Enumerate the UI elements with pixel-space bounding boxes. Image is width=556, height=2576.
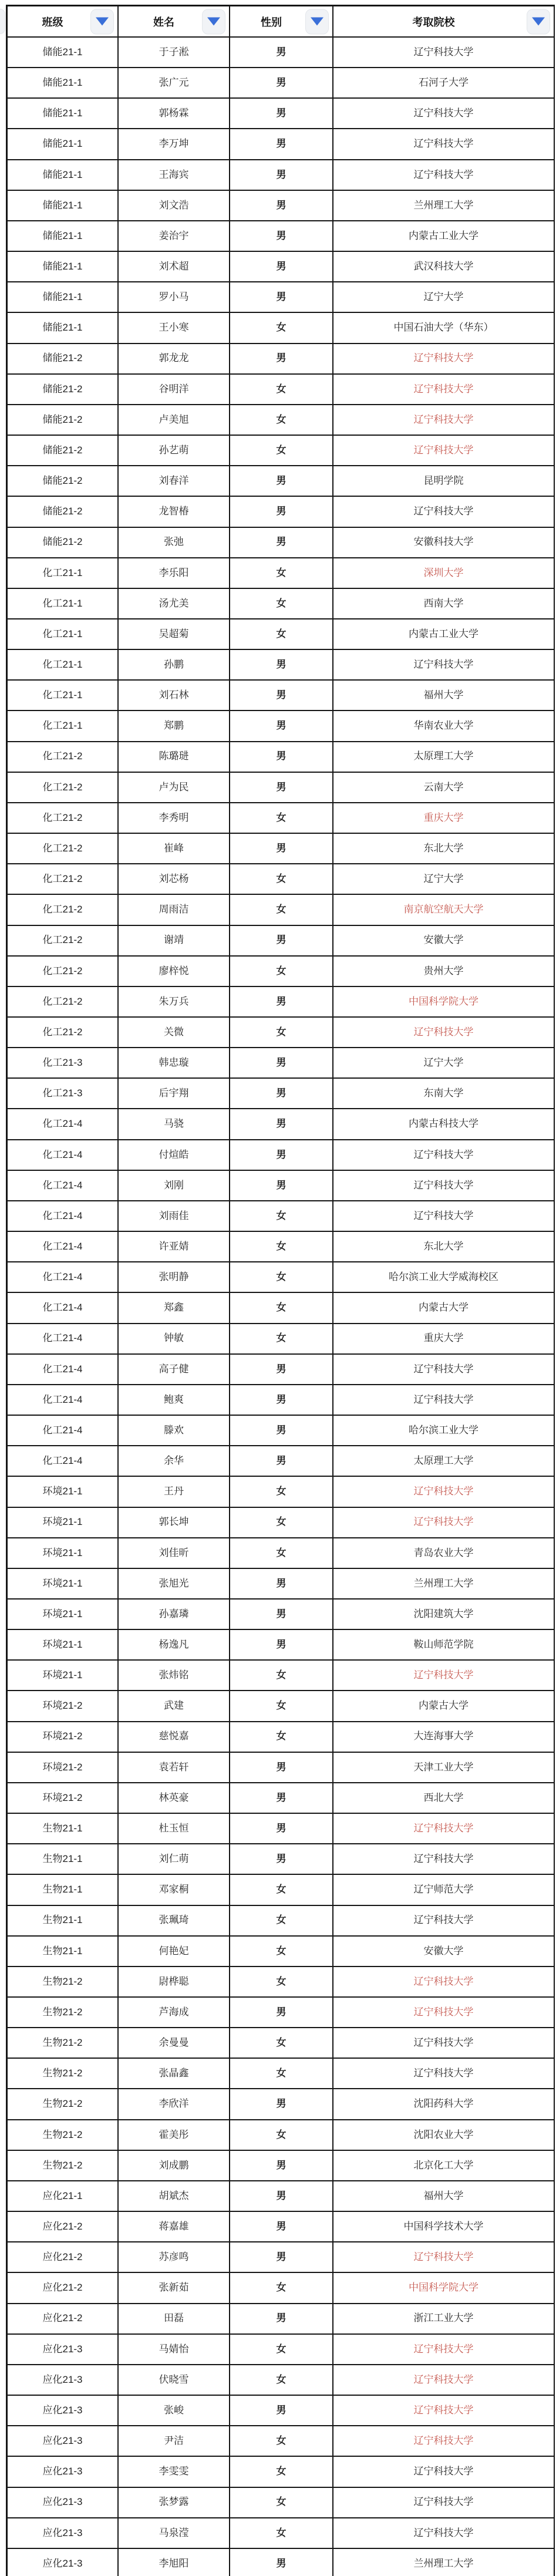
cell-class: 环境21-1 bbox=[8, 1600, 117, 1629]
cell-name: 李乐阳 bbox=[119, 558, 229, 588]
table-header: 班级 姓名 性别 考取院校 bbox=[8, 6, 554, 36]
cell-school: 中国科学技术大学 bbox=[333, 2212, 554, 2241]
cell-gender: 男 bbox=[230, 1569, 332, 1598]
cell-name: 汤尤美 bbox=[119, 589, 229, 618]
cell-name: 罗小马 bbox=[119, 282, 229, 312]
cell-gender: 男 bbox=[230, 1998, 332, 2027]
filter-button-school[interactable] bbox=[527, 9, 550, 34]
cell-gender: 男 bbox=[230, 221, 332, 251]
cell-school: 安徽大学 bbox=[333, 1937, 554, 1966]
cell-gender: 女 bbox=[230, 405, 332, 435]
cell-school: 西南大学 bbox=[333, 589, 554, 618]
table-row: 生物21-2 李欣洋 男 沈阳药科大学 bbox=[8, 2089, 554, 2119]
cell-class: 应化21-2 bbox=[8, 2242, 117, 2272]
cell-name: 李欣洋 bbox=[119, 2089, 229, 2119]
table-row: 应化21-3 伏晓雪 女 辽宁科技大学 bbox=[8, 2365, 554, 2395]
cell-gender: 女 bbox=[230, 895, 332, 924]
cell-school: 福州大学 bbox=[333, 681, 554, 710]
cell-school: 哈尔滨工业大学威海校区 bbox=[333, 1262, 554, 1292]
cell-gender: 男 bbox=[230, 834, 332, 863]
cell-school: 安徽科技大学 bbox=[333, 528, 554, 557]
cell-class: 应化21-2 bbox=[8, 2304, 117, 2333]
cell-name: 王海宾 bbox=[119, 160, 229, 190]
cell-school: 中国石油大学（华东） bbox=[333, 313, 554, 342]
table-row: 化工21-2 卢为民 男 云南大学 bbox=[8, 773, 554, 802]
cell-class: 生物21-2 bbox=[8, 2059, 117, 2088]
cell-name: 马泉滢 bbox=[119, 2518, 229, 2548]
table-row: 生物21-1 邓家桐 女 辽宁师范大学 bbox=[8, 1875, 554, 1904]
cell-name: 余华 bbox=[119, 1446, 229, 1476]
table-row: 化工21-4 张明静 女 哈尔滨工业大学威海校区 bbox=[8, 1262, 554, 1292]
cell-school: 辽宁科技大学 bbox=[333, 405, 554, 435]
table-row: 化工21-2 关微 女 辽宁科技大学 bbox=[8, 1018, 554, 1047]
cell-gender: 男 bbox=[230, 2181, 332, 2211]
table-row: 储能21-1 刘文浩 男 兰州理工大学 bbox=[8, 191, 554, 220]
cell-gender: 女 bbox=[230, 2518, 332, 2548]
filter-button-gender[interactable] bbox=[305, 9, 329, 34]
cell-name: 郑鑫 bbox=[119, 1293, 229, 1322]
table-row: 化工21-4 滕欢 男 哈尔滨工业大学 bbox=[8, 1416, 554, 1445]
cell-gender: 男 bbox=[230, 2212, 332, 2241]
cell-school: 辽宁科技大学 bbox=[333, 2335, 554, 2364]
cell-class: 储能21-2 bbox=[8, 436, 117, 465]
cell-class: 储能21-2 bbox=[8, 405, 117, 435]
cell-class: 环境21-1 bbox=[8, 1569, 117, 1598]
cell-school: 内蒙古工业大学 bbox=[333, 221, 554, 251]
cell-name: 卢美旭 bbox=[119, 405, 229, 435]
table-row: 化工21-4 钟敏 女 重庆大学 bbox=[8, 1324, 554, 1353]
table-row: 应化21-3 李旭阳 男 兰州理工大学 bbox=[8, 2549, 554, 2576]
table-row: 储能21-1 张广元 男 石河子大学 bbox=[8, 68, 554, 97]
cell-name: 张旭光 bbox=[119, 1569, 229, 1598]
cell-school: 辽宁科技大学 bbox=[333, 375, 554, 404]
cell-school: 辽宁科技大学 bbox=[333, 1171, 554, 1200]
table-row: 应化21-3 马泉滢 女 辽宁科技大学 bbox=[8, 2518, 554, 2548]
cell-name: 姜治宇 bbox=[119, 221, 229, 251]
cell-school: 辽宁科技大学 bbox=[333, 1477, 554, 1506]
cell-school: 哈尔滨工业大学 bbox=[333, 1416, 554, 1445]
cell-school: 兰州理工大学 bbox=[333, 191, 554, 220]
cell-school: 辽宁科技大学 bbox=[333, 1906, 554, 1935]
table-row: 化工21-2 陈璐琎 男 太原理工大学 bbox=[8, 742, 554, 772]
cell-name: 卢为民 bbox=[119, 773, 229, 802]
cell-class: 环境21-1 bbox=[8, 1477, 117, 1506]
table-row: 环境21-1 郭长坤 女 辽宁科技大学 bbox=[8, 1508, 554, 1537]
cell-class: 化工21-2 bbox=[8, 742, 117, 772]
table-row: 储能21-1 郭杨霖 男 辽宁科技大学 bbox=[8, 99, 554, 128]
table-row: 化工21-3 后宇翔 男 东南大学 bbox=[8, 1079, 554, 1108]
cell-gender: 女 bbox=[230, 1691, 332, 1720]
cell-name: 何艳妃 bbox=[119, 1937, 229, 1966]
cell-school: 辽宁科技大学 bbox=[333, 38, 554, 67]
table-row: 化工21-1 刘石林 男 福州大学 bbox=[8, 681, 554, 710]
cell-class: 应化21-2 bbox=[8, 2273, 117, 2302]
cell-gender: 男 bbox=[230, 711, 332, 740]
cell-gender: 男 bbox=[230, 1783, 332, 1813]
cell-gender: 女 bbox=[230, 803, 332, 833]
clipped-filter-button-fragment[interactable] bbox=[0, 9, 5, 34]
table-row: 化工21-1 吴超菊 女 内蒙古工业大学 bbox=[8, 619, 554, 649]
cell-gender: 男 bbox=[230, 1446, 332, 1476]
cell-gender: 女 bbox=[230, 589, 332, 618]
cell-school: 辽宁科技大学 bbox=[333, 1814, 554, 1843]
cell-name: 刘雨佳 bbox=[119, 1201, 229, 1231]
cell-name: 李旭阳 bbox=[119, 2549, 229, 2576]
cell-gender: 女 bbox=[230, 1937, 332, 1966]
table-row: 化工21-4 马骁 男 内蒙古科技大学 bbox=[8, 1109, 554, 1139]
cell-class: 生物21-2 bbox=[8, 2089, 117, 2119]
cell-gender: 男 bbox=[230, 2549, 332, 2576]
cell-school: 辽宁科技大学 bbox=[333, 344, 554, 373]
table-row: 化工21-4 郑鑫 女 内蒙古大学 bbox=[8, 1293, 554, 1322]
table-row: 生物21-2 芦海成 男 辽宁科技大学 bbox=[8, 1998, 554, 2027]
cell-name: 武建 bbox=[119, 1691, 229, 1720]
cell-school: 中国科学院大学 bbox=[333, 2273, 554, 2302]
cell-class: 应化21-2 bbox=[8, 2212, 117, 2241]
cell-class: 化工21-4 bbox=[8, 1201, 117, 1231]
cell-school: 辽宁科技大学 bbox=[333, 2488, 554, 2517]
cell-school: 石河子大学 bbox=[333, 68, 554, 97]
cell-class: 化工21-4 bbox=[8, 1232, 117, 1261]
cell-name: 张明静 bbox=[119, 1262, 229, 1292]
cell-school: 天津工业大学 bbox=[333, 1753, 554, 1782]
cell-gender: 女 bbox=[230, 2028, 332, 2058]
cell-class: 应化21-3 bbox=[8, 2365, 117, 2395]
cell-name: 钟敏 bbox=[119, 1324, 229, 1353]
cell-gender: 男 bbox=[230, 1171, 332, 1200]
table-row: 储能21-1 姜治宇 男 内蒙古工业大学 bbox=[8, 221, 554, 251]
cell-gender: 男 bbox=[230, 650, 332, 679]
table-row: 环境21-1 杨逸凡 男 鞍山师范学院 bbox=[8, 1630, 554, 1659]
cell-school: 辽宁科技大学 bbox=[333, 1661, 554, 1690]
cell-name: 马骁 bbox=[119, 1109, 229, 1139]
cell-gender: 女 bbox=[230, 2120, 332, 2150]
cell-name: 张峻 bbox=[119, 2396, 229, 2425]
cell-school: 辽宁科技大学 bbox=[333, 2457, 554, 2486]
cell-school: 昆明学院 bbox=[333, 466, 554, 496]
cell-name: 谷明洋 bbox=[119, 375, 229, 404]
cell-gender: 男 bbox=[230, 1109, 332, 1139]
cell-class: 生物21-2 bbox=[8, 2120, 117, 2150]
cell-school: 东北大学 bbox=[333, 1232, 554, 1261]
cell-school: 辽宁科技大学 bbox=[333, 2242, 554, 2272]
filter-dropdown-icon bbox=[532, 18, 545, 26]
table-body: 储能21-1 于子淞 男 辽宁科技大学 储能21-1 张广元 男 石河子大学 储… bbox=[8, 38, 554, 2576]
table-row: 生物21-2 霍美彤 女 沈阳农业大学 bbox=[8, 2120, 554, 2150]
cell-gender: 女 bbox=[230, 619, 332, 649]
cell-class: 化工21-2 bbox=[8, 957, 117, 986]
cell-class: 储能21-2 bbox=[8, 528, 117, 557]
table-row: 储能21-2 谷明洋 女 辽宁科技大学 bbox=[8, 375, 554, 404]
table-row: 化工21-4 鲍爽 男 辽宁科技大学 bbox=[8, 1385, 554, 1415]
cell-class: 化工21-4 bbox=[8, 1171, 117, 1200]
cell-class: 化工21-2 bbox=[8, 803, 117, 833]
cell-school: 辽宁大学 bbox=[333, 282, 554, 312]
table-row: 生物21-2 尉桦聪 女 辽宁科技大学 bbox=[8, 1967, 554, 1996]
table-row: 化工21-2 廖梓悦 女 贵州大学 bbox=[8, 957, 554, 986]
table-row: 化工21-2 崔峰 男 东北大学 bbox=[8, 834, 554, 863]
cell-school: 武汉科技大学 bbox=[333, 252, 554, 281]
cell-school: 辽宁科技大学 bbox=[333, 129, 554, 159]
cell-school: 辽宁科技大学 bbox=[333, 2059, 554, 2088]
cell-gender: 男 bbox=[230, 2151, 332, 2180]
cell-class: 化工21-4 bbox=[8, 1293, 117, 1322]
cell-gender: 女 bbox=[230, 1262, 332, 1292]
cell-gender: 女 bbox=[230, 1477, 332, 1506]
cell-name: 霍美彤 bbox=[119, 2120, 229, 2150]
cell-class: 化工21-4 bbox=[8, 1446, 117, 1476]
table-row: 化工21-2 谢靖 男 安徽大学 bbox=[8, 926, 554, 955]
cell-class: 生物21-2 bbox=[8, 1967, 117, 1996]
table-row: 环境21-1 张旭光 男 兰州理工大学 bbox=[8, 1569, 554, 1598]
cell-gender: 男 bbox=[230, 191, 332, 220]
cell-class: 生物21-1 bbox=[8, 1844, 117, 1874]
table-row: 应化21-3 张梦露 女 辽宁科技大学 bbox=[8, 2488, 554, 2517]
header-label-gender: 性别 bbox=[261, 14, 282, 29]
cell-gender: 女 bbox=[230, 313, 332, 342]
header-label-class: 班级 bbox=[42, 14, 63, 29]
filter-button-name[interactable] bbox=[202, 9, 225, 34]
cell-name: 周雨洁 bbox=[119, 895, 229, 924]
table-row: 应化21-3 李雯雯 女 辽宁科技大学 bbox=[8, 2457, 554, 2486]
cell-school: 安徽大学 bbox=[333, 926, 554, 955]
cell-school: 辽宁科技大学 bbox=[333, 650, 554, 679]
cell-class: 化工21-4 bbox=[8, 1109, 117, 1139]
cell-gender: 男 bbox=[230, 1355, 332, 1384]
cell-class: 化工21-3 bbox=[8, 1048, 117, 1077]
table-row: 化工21-2 刘芯杨 女 辽宁大学 bbox=[8, 864, 554, 894]
cell-gender: 男 bbox=[230, 2304, 332, 2333]
cell-class: 应化21-3 bbox=[8, 2518, 117, 2548]
cell-name: 朱万兵 bbox=[119, 987, 229, 1016]
table-row: 应化21-2 张新茹 女 中国科学院大学 bbox=[8, 2273, 554, 2302]
cell-name: 郭长坤 bbox=[119, 1508, 229, 1537]
cell-gender: 女 bbox=[230, 2059, 332, 2088]
cell-school: 辽宁科技大学 bbox=[333, 2426, 554, 2456]
cell-class: 生物21-1 bbox=[8, 1937, 117, 1966]
cell-name: 孙艺萌 bbox=[119, 436, 229, 465]
table-row: 化工21-4 余华 男 太原理工大学 bbox=[8, 1446, 554, 1476]
cell-name: 韩忠璇 bbox=[119, 1048, 229, 1077]
cell-name: 胡斌杰 bbox=[119, 2181, 229, 2211]
table-row: 化工21-3 韩忠璇 男 辽宁大学 bbox=[8, 1048, 554, 1077]
cell-class: 生物21-1 bbox=[8, 1875, 117, 1904]
cell-name: 许亚婧 bbox=[119, 1232, 229, 1261]
cell-gender: 男 bbox=[230, 2242, 332, 2272]
cell-school: 兰州理工大学 bbox=[333, 2549, 554, 2576]
cell-gender: 男 bbox=[230, 1048, 332, 1077]
cell-gender: 男 bbox=[230, 2089, 332, 2119]
cell-gender: 男 bbox=[230, 2396, 332, 2425]
cell-gender: 女 bbox=[230, 1875, 332, 1904]
table-row: 应化21-1 胡斌杰 男 福州大学 bbox=[8, 2181, 554, 2211]
cell-class: 化工21-2 bbox=[8, 834, 117, 863]
table-row: 储能21-2 龙智椿 男 辽宁科技大学 bbox=[8, 497, 554, 526]
cell-class: 化工21-1 bbox=[8, 681, 117, 710]
cell-class: 应化21-3 bbox=[8, 2426, 117, 2456]
cell-school: 深圳大学 bbox=[333, 558, 554, 588]
cell-class: 应化21-3 bbox=[8, 2457, 117, 2486]
cell-name: 李万坤 bbox=[119, 129, 229, 159]
cell-school: 辽宁科技大学 bbox=[333, 497, 554, 526]
cell-class: 应化21-3 bbox=[8, 2549, 117, 2576]
cell-gender: 女 bbox=[230, 1324, 332, 1353]
cell-school: 辽宁科技大学 bbox=[333, 2028, 554, 2058]
cell-gender: 女 bbox=[230, 2365, 332, 2395]
table-row: 储能21-2 郭龙龙 男 辽宁科技大学 bbox=[8, 344, 554, 373]
cell-school: 重庆大学 bbox=[333, 803, 554, 833]
cell-school: 青岛农业大学 bbox=[333, 1538, 554, 1568]
cell-name: 尹洁 bbox=[119, 2426, 229, 2456]
cell-gender: 男 bbox=[230, 1079, 332, 1108]
table-row: 环境21-1 刘佳昕 女 青岛农业大学 bbox=[8, 1538, 554, 1568]
table-row: 应化21-2 田磊 男 浙江工业大学 bbox=[8, 2304, 554, 2333]
cell-gender: 男 bbox=[230, 987, 332, 1016]
cell-gender: 男 bbox=[230, 773, 332, 802]
cell-gender: 男 bbox=[230, 99, 332, 128]
cell-class: 化工21-4 bbox=[8, 1385, 117, 1415]
cell-gender: 男 bbox=[230, 1814, 332, 1843]
cell-class: 储能21-1 bbox=[8, 99, 117, 128]
cell-school: 太原理工大学 bbox=[333, 742, 554, 772]
cell-school: 云南大学 bbox=[333, 773, 554, 802]
cell-gender: 女 bbox=[230, 1293, 332, 1322]
cell-school: 辽宁科技大学 bbox=[333, 1140, 554, 1170]
cell-gender: 男 bbox=[230, 528, 332, 557]
cell-school: 太原理工大学 bbox=[333, 1446, 554, 1476]
table-row: 环境21-2 袁若轩 男 天津工业大学 bbox=[8, 1753, 554, 1782]
cell-gender: 男 bbox=[230, 1844, 332, 1874]
cell-class: 应化21-3 bbox=[8, 2335, 117, 2364]
cell-school: 辽宁科技大学 bbox=[333, 1508, 554, 1537]
cell-gender: 女 bbox=[230, 375, 332, 404]
cell-class: 环境21-1 bbox=[8, 1630, 117, 1659]
table-row: 储能21-1 罗小马 男 辽宁大学 bbox=[8, 282, 554, 312]
header-cell-name: 姓名 bbox=[119, 6, 229, 36]
table-row: 储能21-1 王海宾 男 辽宁科技大学 bbox=[8, 160, 554, 190]
header-cell-school: 考取院校 bbox=[333, 6, 554, 36]
filter-button-class[interactable] bbox=[90, 9, 114, 34]
cell-gender: 男 bbox=[230, 282, 332, 312]
table-row: 化工21-1 汤尤美 女 西南大学 bbox=[8, 589, 554, 618]
cell-name: 李雯雯 bbox=[119, 2457, 229, 2486]
cell-school: 辽宁科技大学 bbox=[333, 1844, 554, 1874]
cell-name: 林英豪 bbox=[119, 1783, 229, 1813]
table-row: 化工21-1 李乐阳 女 深圳大学 bbox=[8, 558, 554, 588]
cell-name: 后宇翔 bbox=[119, 1079, 229, 1108]
cell-class: 化工21-2 bbox=[8, 987, 117, 1016]
cell-name: 鲍爽 bbox=[119, 1385, 229, 1415]
cell-gender: 男 bbox=[230, 38, 332, 67]
cell-class: 化工21-4 bbox=[8, 1324, 117, 1353]
cell-gender: 男 bbox=[230, 1385, 332, 1415]
table-row: 环境21-1 张炜铭 女 辽宁科技大学 bbox=[8, 1661, 554, 1690]
cell-school: 贵州大学 bbox=[333, 957, 554, 986]
cell-name: 王丹 bbox=[119, 1477, 229, 1506]
cell-gender: 男 bbox=[230, 1600, 332, 1629]
table-row: 环境21-2 武建 女 内蒙古大学 bbox=[8, 1691, 554, 1720]
table-row: 应化21-3 张峻 男 辽宁科技大学 bbox=[8, 2396, 554, 2425]
header-label-name: 姓名 bbox=[153, 14, 174, 29]
cell-name: 刘术超 bbox=[119, 252, 229, 281]
cell-class: 储能21-2 bbox=[8, 466, 117, 496]
table-row: 化工21-4 高子健 男 辽宁科技大学 bbox=[8, 1355, 554, 1384]
cell-name: 邓家桐 bbox=[119, 1875, 229, 1904]
cell-gender: 女 bbox=[230, 1967, 332, 1996]
cell-school: 内蒙古科技大学 bbox=[333, 1109, 554, 1139]
cell-name: 孙鹏 bbox=[119, 650, 229, 679]
cell-name: 芦海成 bbox=[119, 1998, 229, 2027]
cell-class: 化工21-1 bbox=[8, 650, 117, 679]
cell-class: 化工21-2 bbox=[8, 864, 117, 894]
cell-school: 内蒙古大学 bbox=[333, 1691, 554, 1720]
cell-class: 化工21-4 bbox=[8, 1262, 117, 1292]
cell-name: 廖梓悦 bbox=[119, 957, 229, 986]
cell-school: 兰州理工大学 bbox=[333, 1569, 554, 1598]
cell-name: 吴超菊 bbox=[119, 619, 229, 649]
cell-gender: 女 bbox=[230, 2488, 332, 2517]
cell-name: 谢靖 bbox=[119, 926, 229, 955]
cell-class: 储能21-2 bbox=[8, 497, 117, 526]
cell-school: 辽宁科技大学 bbox=[333, 1967, 554, 1996]
cell-gender: 女 bbox=[230, 2457, 332, 2486]
cell-school: 鞍山师范学院 bbox=[333, 1630, 554, 1659]
cell-gender: 男 bbox=[230, 497, 332, 526]
cell-school: 辽宁师范大学 bbox=[333, 1875, 554, 1904]
cell-school: 内蒙古工业大学 bbox=[333, 619, 554, 649]
admission-table: 班级 姓名 性别 考取院校 储能21-1 bbox=[6, 5, 555, 2576]
cell-name: 孙嘉璘 bbox=[119, 1600, 229, 1629]
cell-gender: 女 bbox=[230, 1018, 332, 1047]
cell-name: 滕欢 bbox=[119, 1416, 229, 1445]
table-row: 生物21-1 张珮琦 女 辽宁科技大学 bbox=[8, 1906, 554, 1935]
cell-class: 生物21-1 bbox=[8, 1906, 117, 1935]
cell-class: 储能21-1 bbox=[8, 38, 117, 67]
cell-class: 化工21-1 bbox=[8, 589, 117, 618]
cell-name: 刘文浩 bbox=[119, 191, 229, 220]
cell-school: 东北大学 bbox=[333, 834, 554, 863]
cell-gender: 女 bbox=[230, 1232, 332, 1261]
cell-name: 张新茹 bbox=[119, 2273, 229, 2302]
table-row: 生物21-1 刘仁萌 男 辽宁科技大学 bbox=[8, 1844, 554, 1874]
cell-school: 辽宁科技大学 bbox=[333, 436, 554, 465]
cell-class: 化工21-1 bbox=[8, 711, 117, 740]
cell-gender: 女 bbox=[230, 436, 332, 465]
table-row: 应化21-3 马婧怡 女 辽宁科技大学 bbox=[8, 2335, 554, 2364]
table-row: 储能21-1 李万坤 男 辽宁科技大学 bbox=[8, 129, 554, 159]
cell-school: 大连海事大学 bbox=[333, 1722, 554, 1752]
table-row: 储能21-2 孙艺萌 女 辽宁科技大学 bbox=[8, 436, 554, 465]
table-row: 化工21-2 周雨洁 女 南京航空航天大学 bbox=[8, 895, 554, 924]
cell-class: 生物21-2 bbox=[8, 1998, 117, 2027]
cell-gender: 男 bbox=[230, 1140, 332, 1170]
table-row: 环境21-2 慈悦嘉 女 大连海事大学 bbox=[8, 1722, 554, 1752]
cell-name: 高子健 bbox=[119, 1355, 229, 1384]
table-row: 环境21-1 王丹 女 辽宁科技大学 bbox=[8, 1477, 554, 1506]
cell-name: 郭杨霖 bbox=[119, 99, 229, 128]
table-row: 应化21-2 蒋嘉雄 男 中国科学技术大学 bbox=[8, 2212, 554, 2241]
table-row: 生物21-2 刘成鹏 男 北京化工大学 bbox=[8, 2151, 554, 2180]
table-row: 环境21-1 孙嘉璘 男 沈阳建筑大学 bbox=[8, 1600, 554, 1629]
cell-class: 化工21-1 bbox=[8, 619, 117, 649]
cell-name: 张珮琦 bbox=[119, 1906, 229, 1935]
cell-school: 沈阳药科大学 bbox=[333, 2089, 554, 2119]
cell-class: 环境21-2 bbox=[8, 1691, 117, 1720]
cell-class: 应化21-3 bbox=[8, 2488, 117, 2517]
cell-gender: 男 bbox=[230, 344, 332, 373]
cell-gender: 女 bbox=[230, 864, 332, 894]
cell-school: 辽宁科技大学 bbox=[333, 2365, 554, 2395]
